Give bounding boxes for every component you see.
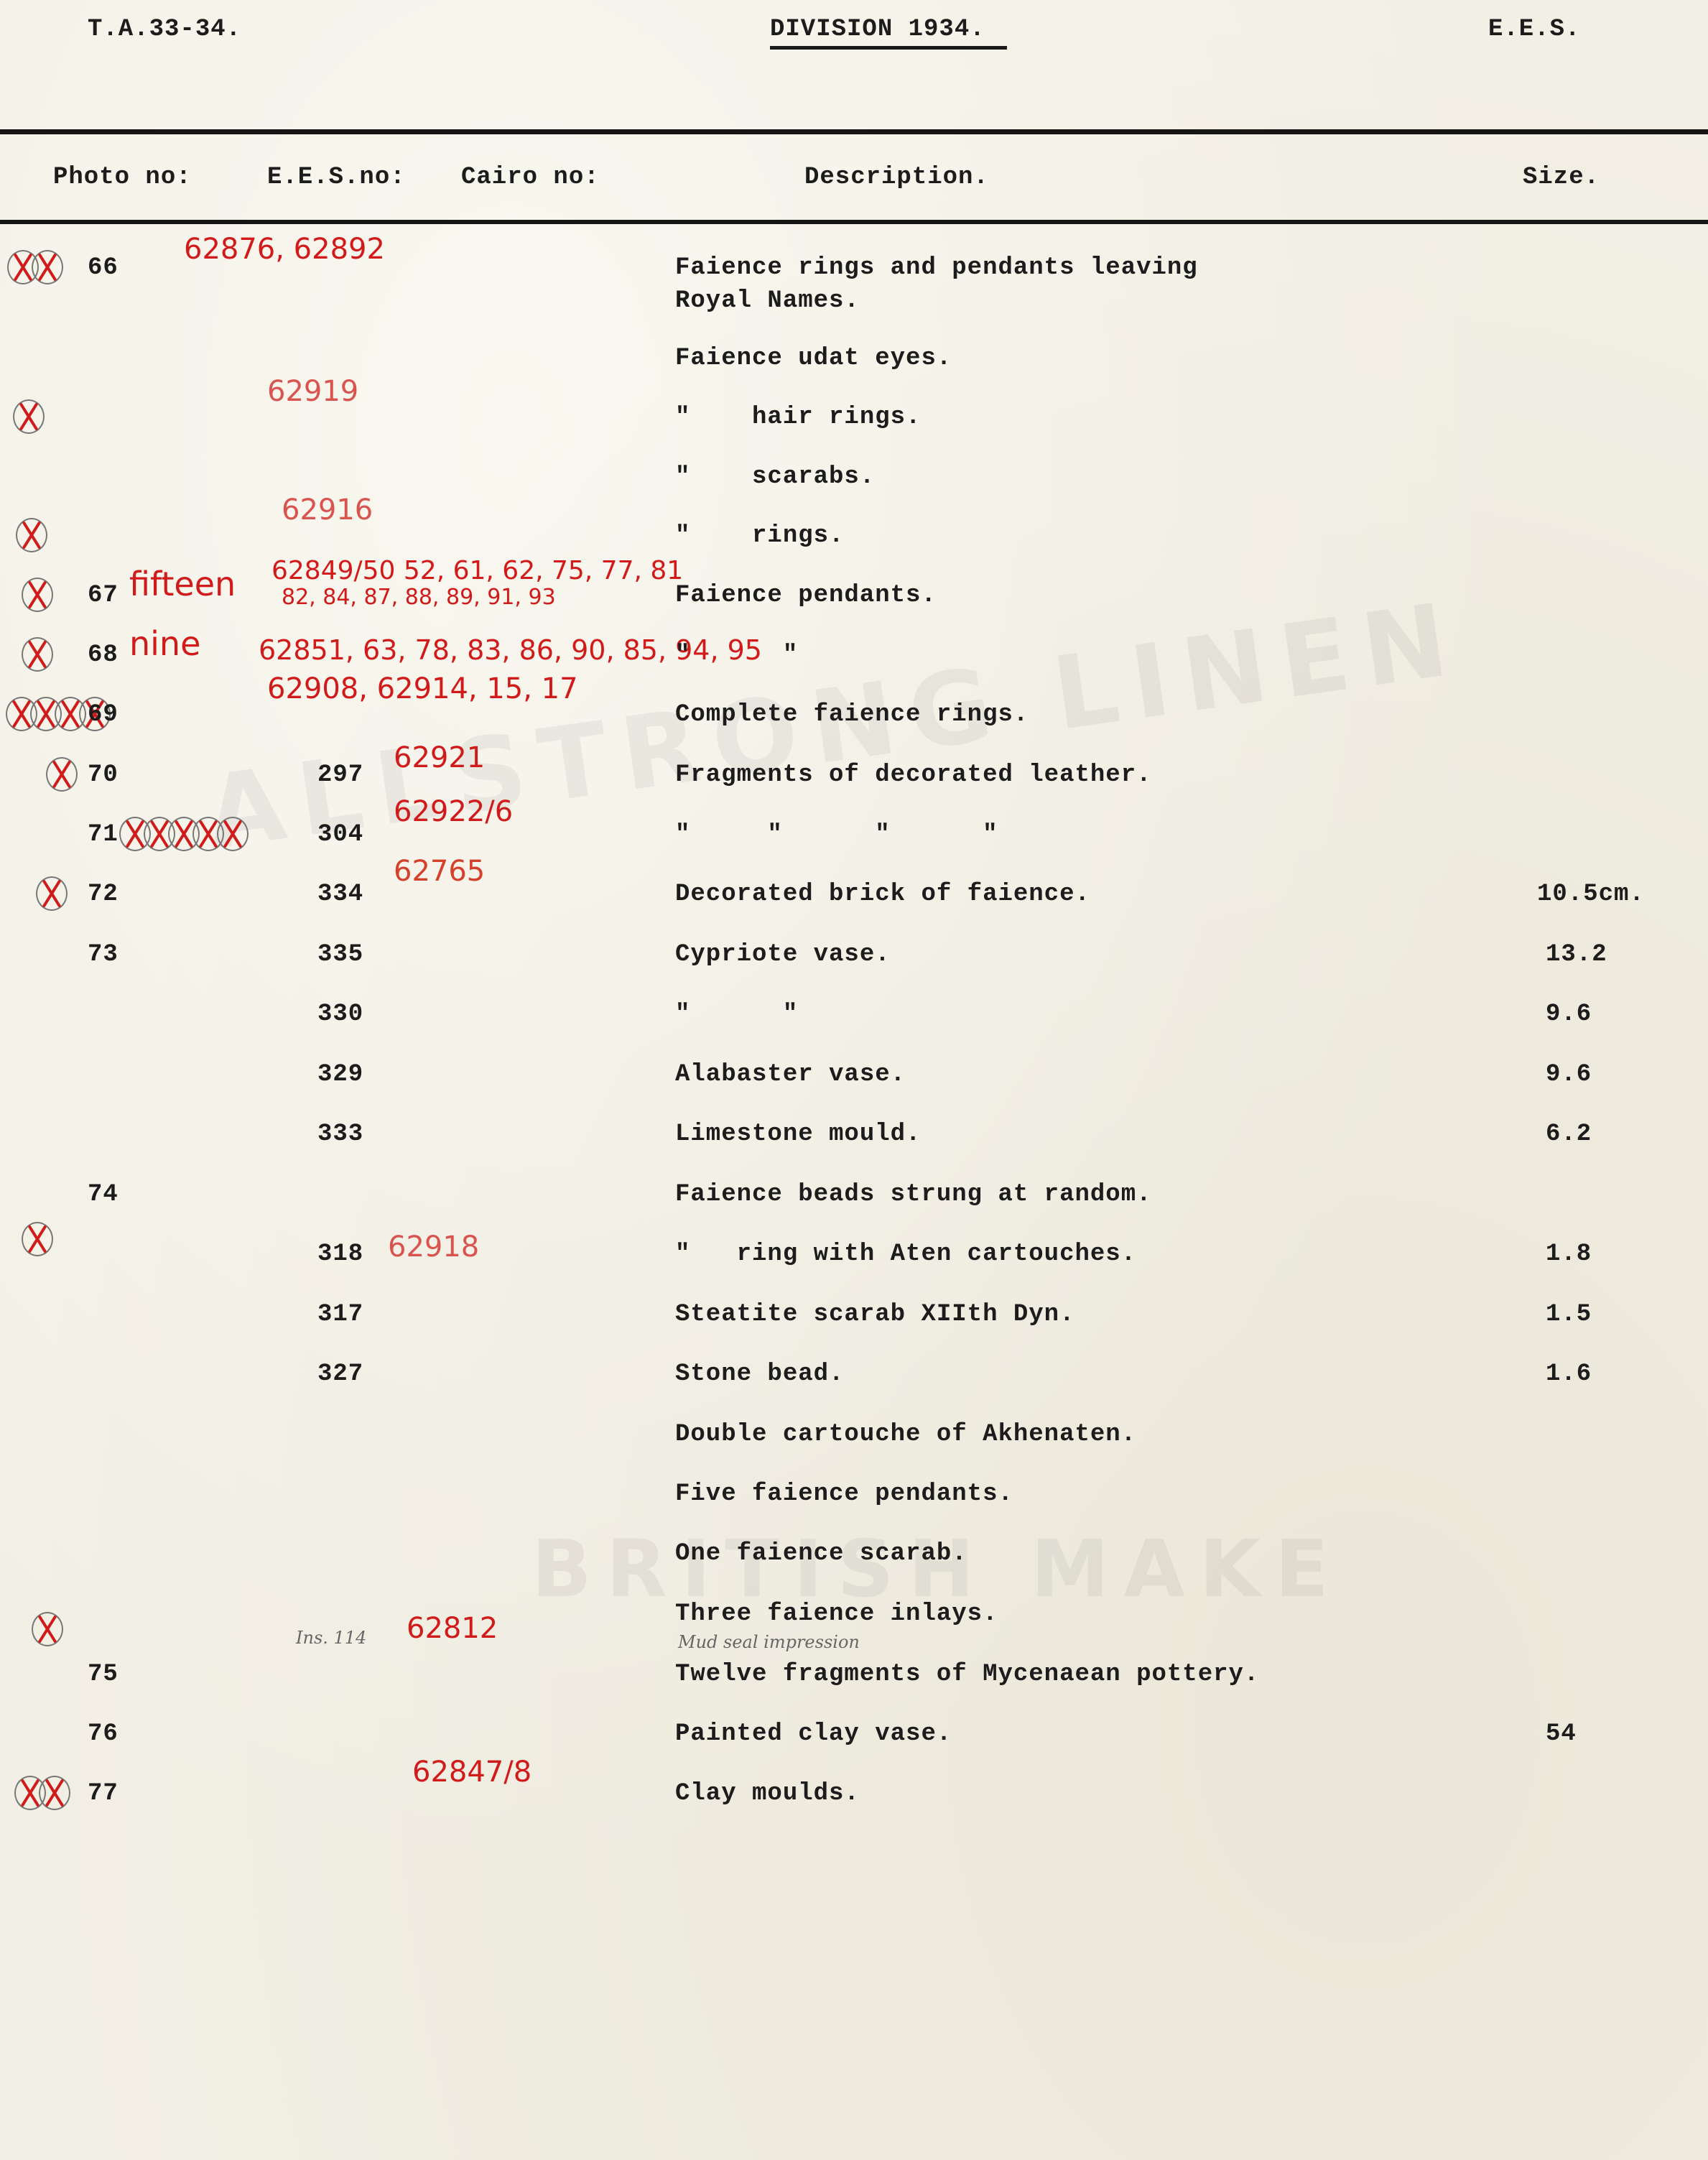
cross-mark-icon: [32, 1612, 63, 1646]
item-description: Royal Names.: [675, 287, 860, 315]
item-size: 6.2: [1546, 1121, 1592, 1148]
item-size: 1.5: [1546, 1301, 1592, 1328]
cross-mark-icon: [36, 876, 68, 911]
cairo-number-handwritten: 62908, 62914, 15, 17: [267, 672, 578, 705]
header-left-ref: T.A.33-34.: [88, 16, 241, 43]
item-description: Three faience inlays.: [675, 1600, 998, 1628]
item-description: Painted clay vase.: [675, 1720, 952, 1748]
photo-number: 77: [88, 1780, 119, 1807]
cairo-number-handwritten: 62922/6: [394, 795, 513, 828]
cairo-number-handwritten-line2: 82, 84, 87, 88, 89, 91, 93: [282, 585, 556, 610]
cairo-number-handwritten: 62812: [407, 1612, 498, 1645]
item-description: Fragments of decorated leather.: [675, 761, 1152, 789]
cross-mark-icon: [217, 817, 249, 851]
crossed-circle-marks: [13, 399, 37, 434]
item-description: " hair rings.: [675, 404, 921, 431]
top-rule: [0, 129, 1708, 134]
photo-number: 73: [88, 941, 119, 968]
cross-mark-icon: [22, 637, 53, 672]
item-description: Limestone mould.: [675, 1121, 921, 1148]
item-description: Double cartouche of Akhenaten.: [675, 1421, 1136, 1448]
cross-mark-icon: [22, 578, 53, 612]
item-description: " scarabs.: [675, 463, 875, 491]
item-description: Faience udat eyes.: [675, 345, 952, 372]
ees-number: 329: [317, 1061, 363, 1088]
cross-mark-icon: [46, 757, 78, 792]
item-description: Complete faience rings.: [675, 701, 1029, 728]
cairo-number-handwritten: 62921: [394, 741, 485, 774]
photo-number: 69: [88, 701, 119, 728]
item-description: " ": [675, 1001, 798, 1028]
crossed-circle-marks: [46, 757, 70, 792]
cairo-number-handwritten: 62847/8: [412, 1756, 532, 1789]
photo-number: 76: [88, 1720, 119, 1748]
photo-number: 71: [88, 821, 119, 848]
ees-number: 297: [317, 761, 363, 789]
crossed-circle-marks: [22, 637, 46, 672]
cairo-count-label: fifteen: [129, 565, 236, 603]
item-description: One faience scarab.: [675, 1540, 967, 1567]
item-description: " ": [675, 641, 798, 669]
ees-number: 335: [317, 941, 363, 968]
photo-number: 75: [88, 1661, 119, 1688]
item-size: 9.6: [1546, 1061, 1592, 1088]
item-description: Decorated brick of faience.: [675, 881, 1090, 908]
ees-number: 318: [317, 1241, 363, 1268]
item-description: Faience rings and pendants leaving: [675, 254, 1198, 282]
title-underline: [770, 46, 1007, 50]
item-description: Clay moulds.: [675, 1780, 860, 1807]
crossed-circle-marks: [22, 578, 46, 612]
ees-number: 333: [317, 1121, 363, 1148]
crossed-circle-marks: [36, 876, 60, 911]
photo-number: 67: [88, 582, 119, 609]
cross-mark-icon: [39, 1776, 70, 1810]
cross-mark-icon: [32, 250, 63, 284]
crossed-circle-marks: [14, 1776, 63, 1810]
item-description: Cypriote vase.: [675, 941, 891, 968]
item-size: 10.5cm.: [1537, 881, 1645, 908]
cairo-number-handwritten: 62916: [282, 493, 373, 527]
col-description: Description.: [804, 164, 989, 191]
pencil-note: Mud seal impression: [678, 1632, 860, 1652]
crossed-circle-marks: [32, 1612, 56, 1646]
item-size: 54: [1546, 1720, 1577, 1748]
item-description: Steatite scarab XIIth Dyn.: [675, 1301, 1075, 1328]
photo-number: 68: [88, 641, 119, 669]
col-cairo-no: Cairo no:: [461, 164, 600, 191]
item-description: Faience beads strung at random.: [675, 1181, 1152, 1208]
item-size: 9.6: [1546, 1001, 1592, 1028]
cairo-number-handwritten: 62765: [394, 855, 485, 888]
item-description: Five faience pendants.: [675, 1480, 1013, 1508]
ees-number: 317: [317, 1301, 363, 1328]
photo-number: 70: [88, 761, 119, 789]
col-size: Size.: [1523, 164, 1600, 191]
item-description: Twelve fragments of Mycenaean pottery.: [675, 1661, 1259, 1688]
photo-number: 66: [88, 254, 119, 282]
crossed-circle-marks: [119, 817, 241, 851]
cross-mark-icon: [13, 399, 45, 434]
item-description: Stone bead.: [675, 1361, 844, 1388]
photo-number: 74: [88, 1181, 119, 1208]
item-description: " rings.: [675, 522, 844, 550]
crossed-circle-marks: [7, 250, 56, 284]
item-size: 1.6: [1546, 1361, 1592, 1388]
ees-number: 327: [317, 1361, 363, 1388]
ees-number: 330: [317, 1001, 363, 1028]
item-description: Faience pendants.: [675, 582, 937, 609]
item-description: Alabaster vase.: [675, 1061, 906, 1088]
page-title: DIVISION 1934.: [770, 16, 985, 43]
item-size: 1.8: [1546, 1241, 1592, 1268]
cairo-number-handwritten: 62918: [388, 1230, 479, 1264]
ees-number: 304: [317, 821, 363, 848]
photo-number: 72: [88, 881, 119, 908]
cross-mark-icon: [16, 518, 47, 552]
crossed-circle-marks: [16, 518, 40, 552]
crossed-circle-marks: [22, 1222, 46, 1256]
cairo-number-handwritten: 62849/50 52, 61, 62, 75, 77, 81: [271, 556, 683, 585]
header-right-ref: E.E.S.: [1488, 16, 1580, 43]
ees-pencil-note: Ins. 114: [296, 1628, 366, 1648]
item-description: " " " ": [675, 821, 998, 848]
item-size: 13.2: [1546, 941, 1607, 968]
cairo-number-handwritten: 62919: [267, 375, 358, 408]
item-description: " ring with Aten cartouches.: [675, 1241, 1136, 1268]
cairo-count-label: nine: [129, 624, 200, 663]
header-rule: [0, 220, 1708, 224]
col-photo-no: Photo no:: [53, 164, 192, 191]
cairo-number-handwritten: 62876, 62892: [184, 233, 385, 266]
col-ees-no: E.E.S.no:: [267, 164, 406, 191]
cross-mark-icon: [22, 1222, 53, 1256]
ees-number: 334: [317, 881, 363, 908]
